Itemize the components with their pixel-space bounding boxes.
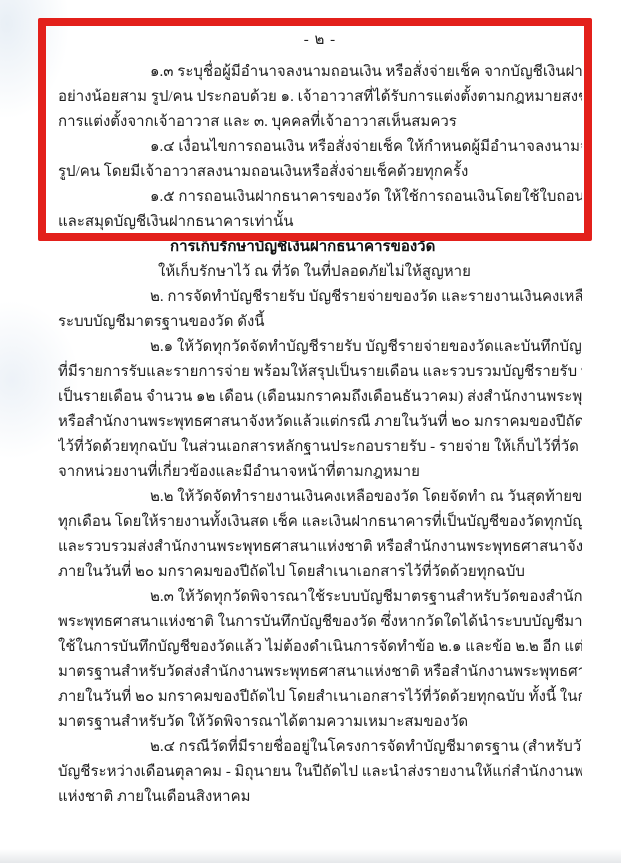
paragraph-line: ๒.๓ ให้วัดทุกวัดพิจารณาใช้ระบบบัญชีมาตรฐ… [58,585,582,610]
paragraph-line: ๒.๒ ให้วัดจัดทำรายงานเงินคงเหลือของวัด โ… [58,485,582,510]
paragraph-2-2: ๒.๒ ให้วัดจัดทำรายงานเงินคงเหลือของวัด โ… [58,485,582,585]
paragraph-line: บัญชีระหว่างเดือนตุลาคม - มิถุนายน ในปีถ… [58,760,582,785]
paragraph-line: ไว้ที่วัดด้วยทุกฉบับ ในส่วนเอกสารหลักฐาน… [58,435,582,460]
paragraph-line: ๒.๔ กรณีวัดที่มีรายชื่ออยู่ในโครงการจัดท… [58,735,582,760]
paragraph-2-3: ๒.๓ ให้วัดทุกวัดพิจารณาใช้ระบบบัญชีมาตรฐ… [58,585,582,735]
paragraph-line: ภายในวันที่ ๒๐ มกราคมของปีถัดไป โดยสำเนา… [58,560,582,585]
paragraph-line: และรวบรวมส่งสำนักงานพระพุทธศาสนาแห่งชาติ… [58,535,582,560]
paragraph-2-1: ๒.๑ ให้วัดทุกวัดจัดทำบัญชีรายรับ บัญชีรา… [58,335,582,485]
scan-bottom-shadow [0,849,621,863]
paragraph-line: ใช้ในการบันทึกบัญชีของวัดแล้ว ไม่ต้องดำเ… [58,635,582,660]
paragraph-line: ภายในวันที่ ๒๐ มกราคมของปีถัดไป โดยสำเนา… [58,685,582,710]
paragraph-line: มาตรฐานสำหรับวัด ให้วัดพิจารณาได้ตามความ… [58,710,582,735]
paragraph-line: มาตรฐานสำหรับวัดส่งสำนักงานพระพุทธศาสนาแ… [58,660,582,685]
paragraph-line: แห่งชาติ ภายในเดือนสิงหาคม [58,785,582,810]
paragraph-2: ๒. การจัดทำบัญชีรายรับ บัญชีรายจ่ายของวั… [58,285,582,335]
paragraph-line: จากหน่วยงานที่เกี่ยวข้องและมีอำนาจหน้าที… [58,460,582,485]
red-highlight-box [38,18,592,241]
paragraph-line: ระบบบัญชีมาตรฐานของวัด ดังนี้ [58,310,582,335]
paragraph-line: ที่มีรายการรับและรายการจ่าย พร้อมให้สรุป… [58,360,582,385]
paragraph-line: ๒. การจัดทำบัญชีรายรับ บัญชีรายจ่ายของวั… [58,285,582,310]
paragraph-2-4: ๒.๔ กรณีวัดที่มีรายชื่ออยู่ในโครงการจัดท… [58,735,582,810]
keep-safe-line: ให้เก็บรักษาไว้ ณ ที่วัด ในที่ปลอดภัยไม่… [58,260,582,285]
paragraph-line: ๒.๑ ให้วัดทุกวัดจัดทำบัญชีรายรับ บัญชีรา… [58,335,582,360]
paragraph-line: ทุกเดือน โดยให้รายงานทั้งเงินสด เช็ค และ… [58,510,582,535]
paragraph-line: เป็นรายเดือน จำนวน ๑๒ เดือน (เดือนมกราคม… [58,385,582,410]
paragraph-line: หรือสำนักงานพระพุทธศาสนาจังหวัดแล้วแต่กร… [58,410,582,435]
scanned-document-page: - ๒ - ๑.๓ ระบุชื่อผู้มีอำนาจลงนามถอนเงิน… [0,0,621,863]
paragraph-line: พระพุทธศาสนาแห่งชาติ ในการบันทึกบัญชีของ… [58,610,582,635]
